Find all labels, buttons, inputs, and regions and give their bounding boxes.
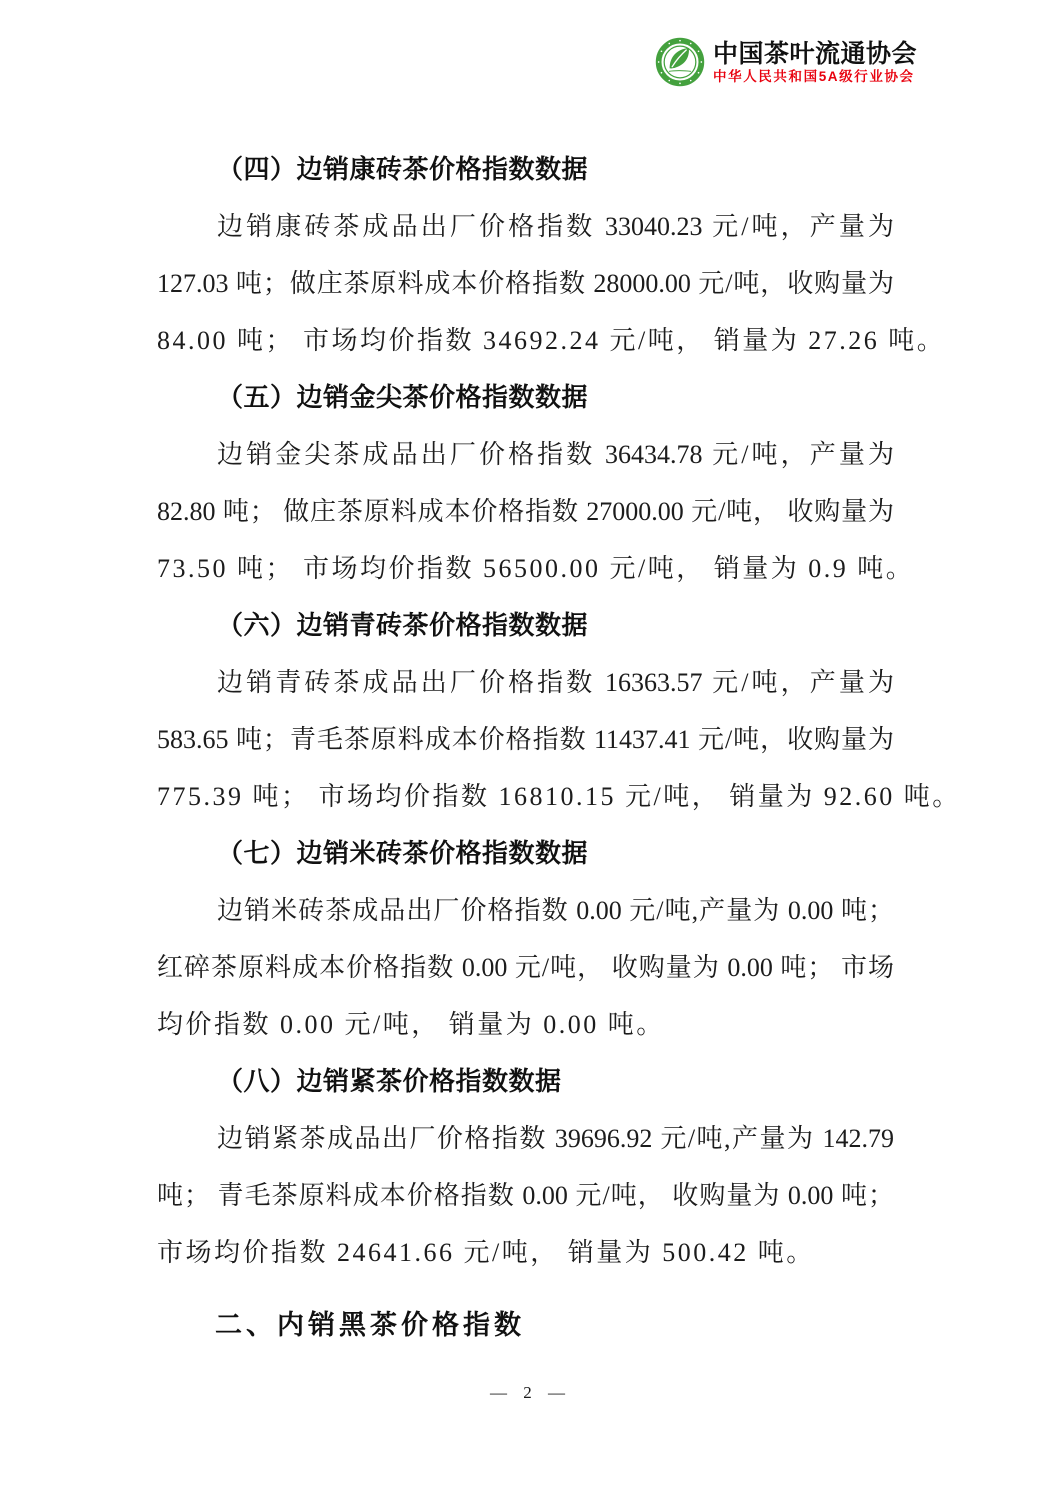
- association-titles: 中国茶叶流通协会 中华人民共和国5A级行业协会: [713, 41, 917, 84]
- section-5-line-3: 73.50 吨； 市场均价指数 56500.00 元/吨， 销量为 0.9 吨。: [157, 540, 894, 597]
- chapter-two-heading: 二、内销黑茶价格指数: [157, 1297, 894, 1354]
- section-4-line-1: 边销康砖茶成品出厂价格指数 33040.23 元/吨，产量为: [157, 198, 894, 255]
- section-8-line-3: 市场均价指数 24641.66 元/吨， 销量为 500.42 吨。: [157, 1224, 894, 1281]
- section-6-line-1: 边销青砖茶成品出厂价格指数 16363.57 元/吨，产量为: [157, 654, 894, 711]
- section-5-line-2: 82.80 吨； 做庄茶原料成本价格指数 27000.00 元/吨， 收购量为: [157, 483, 894, 540]
- section-7-line-2: 红碎茶原料成本价格指数 0.00 元/吨， 收购量为 0.00 吨； 市场: [157, 939, 894, 996]
- section-6-heading: （六）边销青砖茶价格指数数据: [157, 597, 894, 654]
- section-7-line-3: 均价指数 0.00 元/吨， 销量为 0.00 吨。: [157, 996, 894, 1053]
- association-logo-leaf-icon: [655, 37, 705, 87]
- section-4-line-2: 127.03 吨；做庄茶原料成本价格指数 28000.00 元/吨，收购量为: [157, 255, 894, 312]
- document-page: 中国茶叶流通协会 中华人民共和国5A级行业协会 （四）边销康砖茶价格指数数据 边…: [0, 0, 1061, 1500]
- section-8-line-2: 吨； 青毛茶原料成本价格指数 0.00 元/吨， 收购量为 0.00 吨；: [157, 1167, 894, 1224]
- association-header: 中国茶叶流通协会 中华人民共和国5A级行业协会: [655, 33, 917, 87]
- page-number: — 2 —: [0, 1383, 1061, 1403]
- section-5-line-1: 边销金尖茶成品出厂价格指数 36434.78 元/吨，产量为: [157, 426, 894, 483]
- section-6-line-3: 775.39 吨； 市场均价指数 16810.15 元/吨， 销量为 92.60…: [157, 768, 894, 825]
- section-5-heading: （五）边销金尖茶价格指数数据: [157, 369, 894, 426]
- section-7-heading: （七）边销米砖茶价格指数数据: [157, 825, 894, 882]
- section-4-line-3: 84.00 吨； 市场均价指数 34692.24 元/吨， 销量为 27.26 …: [157, 312, 894, 369]
- org-name: 中国茶叶流通协会: [713, 41, 917, 68]
- section-4-heading: （四）边销康砖茶价格指数数据: [157, 141, 894, 198]
- section-8-line-1: 边销紧茶成品出厂价格指数 39696.92 元/吨,产量为 142.79: [157, 1110, 894, 1167]
- section-8-heading: （八）边销紧茶价格指数数据: [157, 1053, 894, 1110]
- section-7-line-1: 边销米砖茶成品出厂价格指数 0.00 元/吨,产量为 0.00 吨；: [157, 882, 894, 939]
- section-6-line-2: 583.65 吨；青毛茶原料成本价格指数 11437.41 元/吨，收购量为: [157, 711, 894, 768]
- document-content: （四）边销康砖茶价格指数数据 边销康砖茶成品出厂价格指数 33040.23 元/…: [157, 141, 894, 1354]
- org-subtitle: 中华人民共和国5A级行业协会: [713, 69, 917, 84]
